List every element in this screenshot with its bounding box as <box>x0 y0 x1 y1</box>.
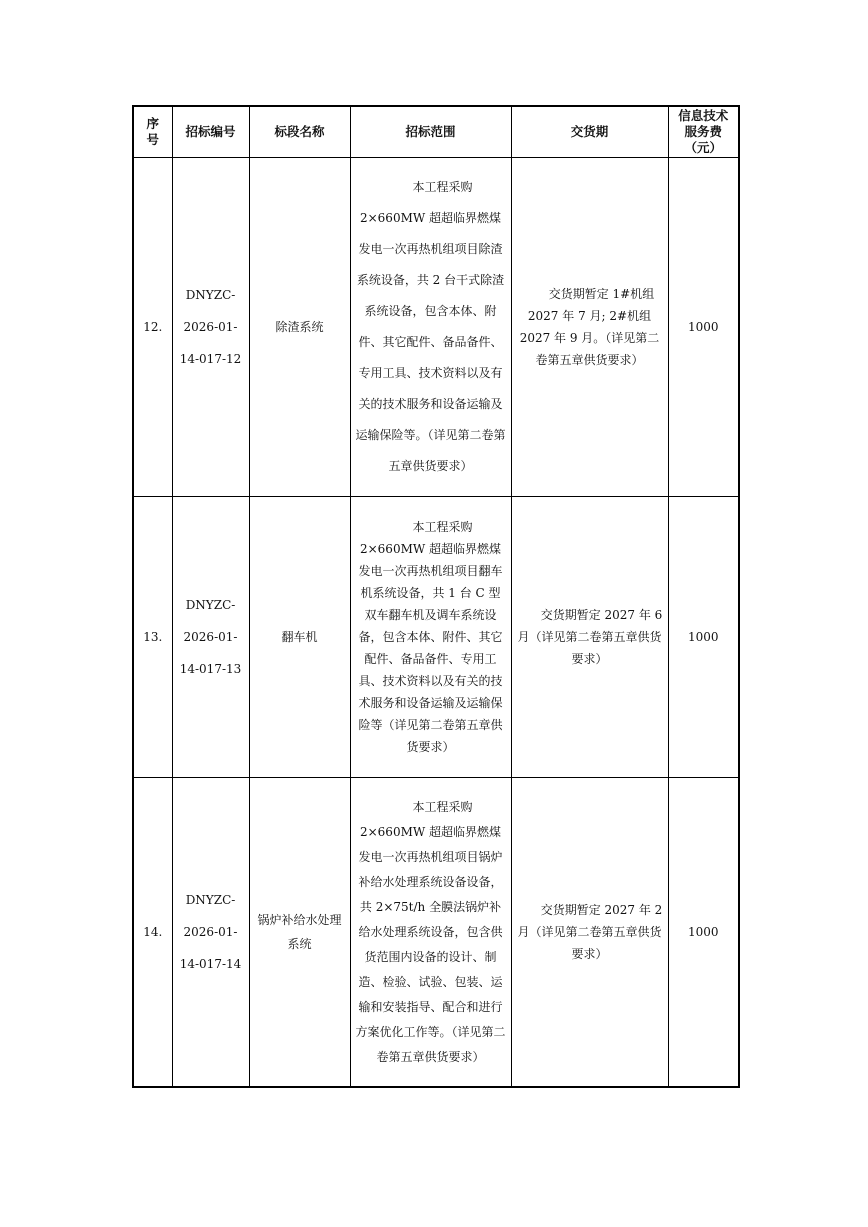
cell-delivery: 交货期暂定 2027 年 2 月（详见第二卷第五章供货要求） <box>511 778 668 1088</box>
table-row: 12. DNYZC- 2026-01- 14-017-12 除渣系统 本工程采购… <box>133 158 739 497</box>
bid-section-table: 序 号 招标编号 标段名称 招标范围 交货期 信息技术 服务费 （元） 12. … <box>132 105 740 1088</box>
cell-code: DNYZC- 2026-01- 14-017-12 <box>172 158 249 497</box>
header-name: 标段名称 <box>249 106 350 158</box>
header-code: 招标编号 <box>172 106 249 158</box>
cell-scope: 本工程采购 2×660MW 超超临界燃煤发电一次再热机组项目除渣系统设备，共 2… <box>350 158 511 497</box>
cell-delivery: 交货期暂定 2027 年 6 月（详见第二卷第五章供货要求） <box>511 497 668 778</box>
cell-delivery: 交货期暂定 1#机组 2027 年 7 月; 2#机组 2027 年 9 月。（… <box>511 158 668 497</box>
cell-seq: 13. <box>133 497 172 778</box>
cell-fee: 1000 <box>668 497 739 778</box>
cell-scope: 本工程采购 2×660MW 超超临界燃煤发电一次再热机组项目翻车机系统设备，共 … <box>350 497 511 778</box>
header-delivery: 交货期 <box>511 106 668 158</box>
cell-fee: 1000 <box>668 778 739 1088</box>
cell-code: DNYZC- 2026-01- 14-017-13 <box>172 497 249 778</box>
cell-scope: 本工程采购 2×660MW 超超临界燃煤发电一次再热机组项目锅炉补给水处理系统设… <box>350 778 511 1088</box>
cell-seq: 14. <box>133 778 172 1088</box>
cell-name: 翻车机 <box>249 497 350 778</box>
table-header-row: 序 号 招标编号 标段名称 招标范围 交货期 信息技术 服务费 （元） <box>133 106 739 158</box>
cell-name: 除渣系统 <box>249 158 350 497</box>
header-fee: 信息技术 服务费 （元） <box>668 106 739 158</box>
header-scope: 招标范围 <box>350 106 511 158</box>
cell-name: 锅炉补给水处理系统 <box>249 778 350 1088</box>
table-row: 14. DNYZC- 2026-01- 14-017-14 锅炉补给水处理系统 … <box>133 778 739 1088</box>
document-page: 序 号 招标编号 标段名称 招标范围 交货期 信息技术 服务费 （元） 12. … <box>0 0 868 1227</box>
cell-fee: 1000 <box>668 158 739 497</box>
header-seq: 序 号 <box>133 106 172 158</box>
cell-code: DNYZC- 2026-01- 14-017-14 <box>172 778 249 1088</box>
table-row: 13. DNYZC- 2026-01- 14-017-13 翻车机 本工程采购 … <box>133 497 739 778</box>
cell-seq: 12. <box>133 158 172 497</box>
